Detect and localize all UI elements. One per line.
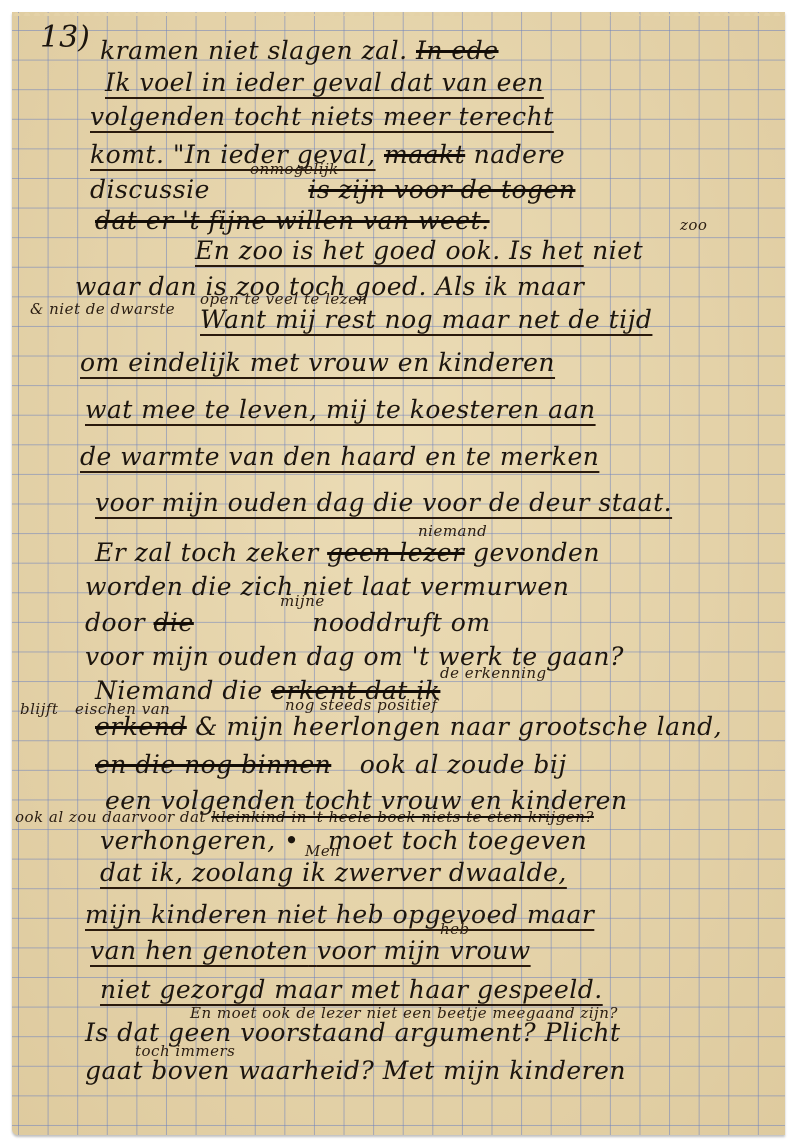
line-text: En zoo is het goed ook. Is het: [195, 236, 584, 265]
line-text: kramen niet slagen zal.: [100, 36, 408, 65]
line-text: nooddruft om: [312, 608, 490, 637]
struck-text: die: [154, 608, 194, 637]
struck-text: en die nog binnen: [95, 750, 331, 779]
manuscript-line-12: de warmte van den haard en te merken: [80, 442, 599, 471]
struck-text: kleinkind in 't heele boek niets te eten…: [211, 808, 594, 826]
line-text: verhongeren, •: [100, 826, 308, 855]
line-text: ook al zoude: [360, 750, 525, 779]
line-text: Plicht: [545, 1018, 621, 1047]
manuscript-line-2: Ik voel in ieder geval dat van een: [105, 68, 544, 97]
line-text: door: [85, 608, 145, 637]
line-text: gevonden: [473, 538, 600, 567]
manuscript-line-24: mijn kinderen niet heb opgevoed maar: [85, 900, 594, 929]
line-text: nadere: [474, 140, 566, 169]
manuscript-line-28: gaat boven waarheid? Met mijn kinderen: [85, 1056, 626, 1085]
margin-note-blijft: blijft: [20, 700, 58, 718]
line-text: bij: [533, 750, 566, 779]
struck-text: geen lezer: [327, 538, 464, 567]
line-text: discussie: [90, 175, 210, 204]
manuscript-line-5: discussie is zijn voor de togen: [90, 175, 575, 204]
insertion-zoo: zoo: [680, 216, 707, 234]
manuscript-line-19: erkend & mijn heerlongen naar grootsche …: [95, 712, 722, 741]
manuscript-line-14: Er zal toch zeker geen lezer gevonden: [95, 538, 600, 567]
manuscript-line-11: wat mee te leven, mij te koesteren aan: [85, 395, 596, 424]
line-text: niet: [592, 236, 643, 265]
perforated-edge: [12, 8, 785, 16]
manuscript-line-13: voor mijn ouden dag die voor de deur sta…: [95, 488, 672, 517]
manuscript-line-23: dat ik, zoolang ik zwerver dwaalde,: [100, 858, 567, 887]
manuscript-line-15: worden die zich niet laat vermurwen: [85, 572, 569, 601]
line-text: ook al zou daarvoor dat: [15, 808, 206, 826]
line-text: van hen genoten: [90, 936, 308, 965]
manuscript-line-20: en die nog binnen ook al zoude bij: [95, 750, 567, 779]
margin-note-niet-de-dwarste: & niet de dwarste: [30, 300, 175, 318]
struck-text: In ede: [416, 36, 499, 65]
manuscript-line-10: om eindelijk met vrouw en kinderen: [80, 348, 555, 377]
struck-text: erkend: [95, 712, 187, 741]
struck-text: is zijn voor de togen: [308, 175, 575, 204]
insertion-de-erkenning: de erkenning: [440, 664, 547, 682]
manuscript-line-6: dat er 't fijne willen van weet.: [95, 206, 490, 235]
manuscript-line-26: niet gezorgd maar met haar gespeeld.: [100, 975, 603, 1004]
manuscript-line-7: En zoo is het goed ook. Is het niet: [195, 236, 643, 265]
line-text: voor mijn vrouw: [317, 936, 531, 965]
manuscript-line-16: door die nooddruft om: [85, 608, 491, 637]
line-text: Er zal toch zeker: [95, 538, 319, 567]
line-text: & mijn heerlongen naar grootsche land,: [195, 712, 722, 741]
page-number: 13): [40, 20, 90, 55]
manuscript-line-9: Want mij rest nog maar net de tijd: [200, 305, 652, 334]
struck-text: maakt: [384, 140, 465, 169]
manuscript-line-1: kramen niet slagen zal. In ede: [100, 36, 499, 65]
line-text: moet toch toegeven: [328, 826, 587, 855]
manuscript-line-22: verhongeren, • moet toch toegeven: [100, 826, 587, 855]
manuscript-line-25: van hen genoten voor mijn vrouw: [90, 936, 531, 965]
margin-note-ook-al-zou-daarvoor: ook al zou daarvoor dat kleinkind in 't …: [15, 808, 594, 826]
manuscript-line-3: volgenden tocht niets meer terecht: [90, 102, 554, 131]
